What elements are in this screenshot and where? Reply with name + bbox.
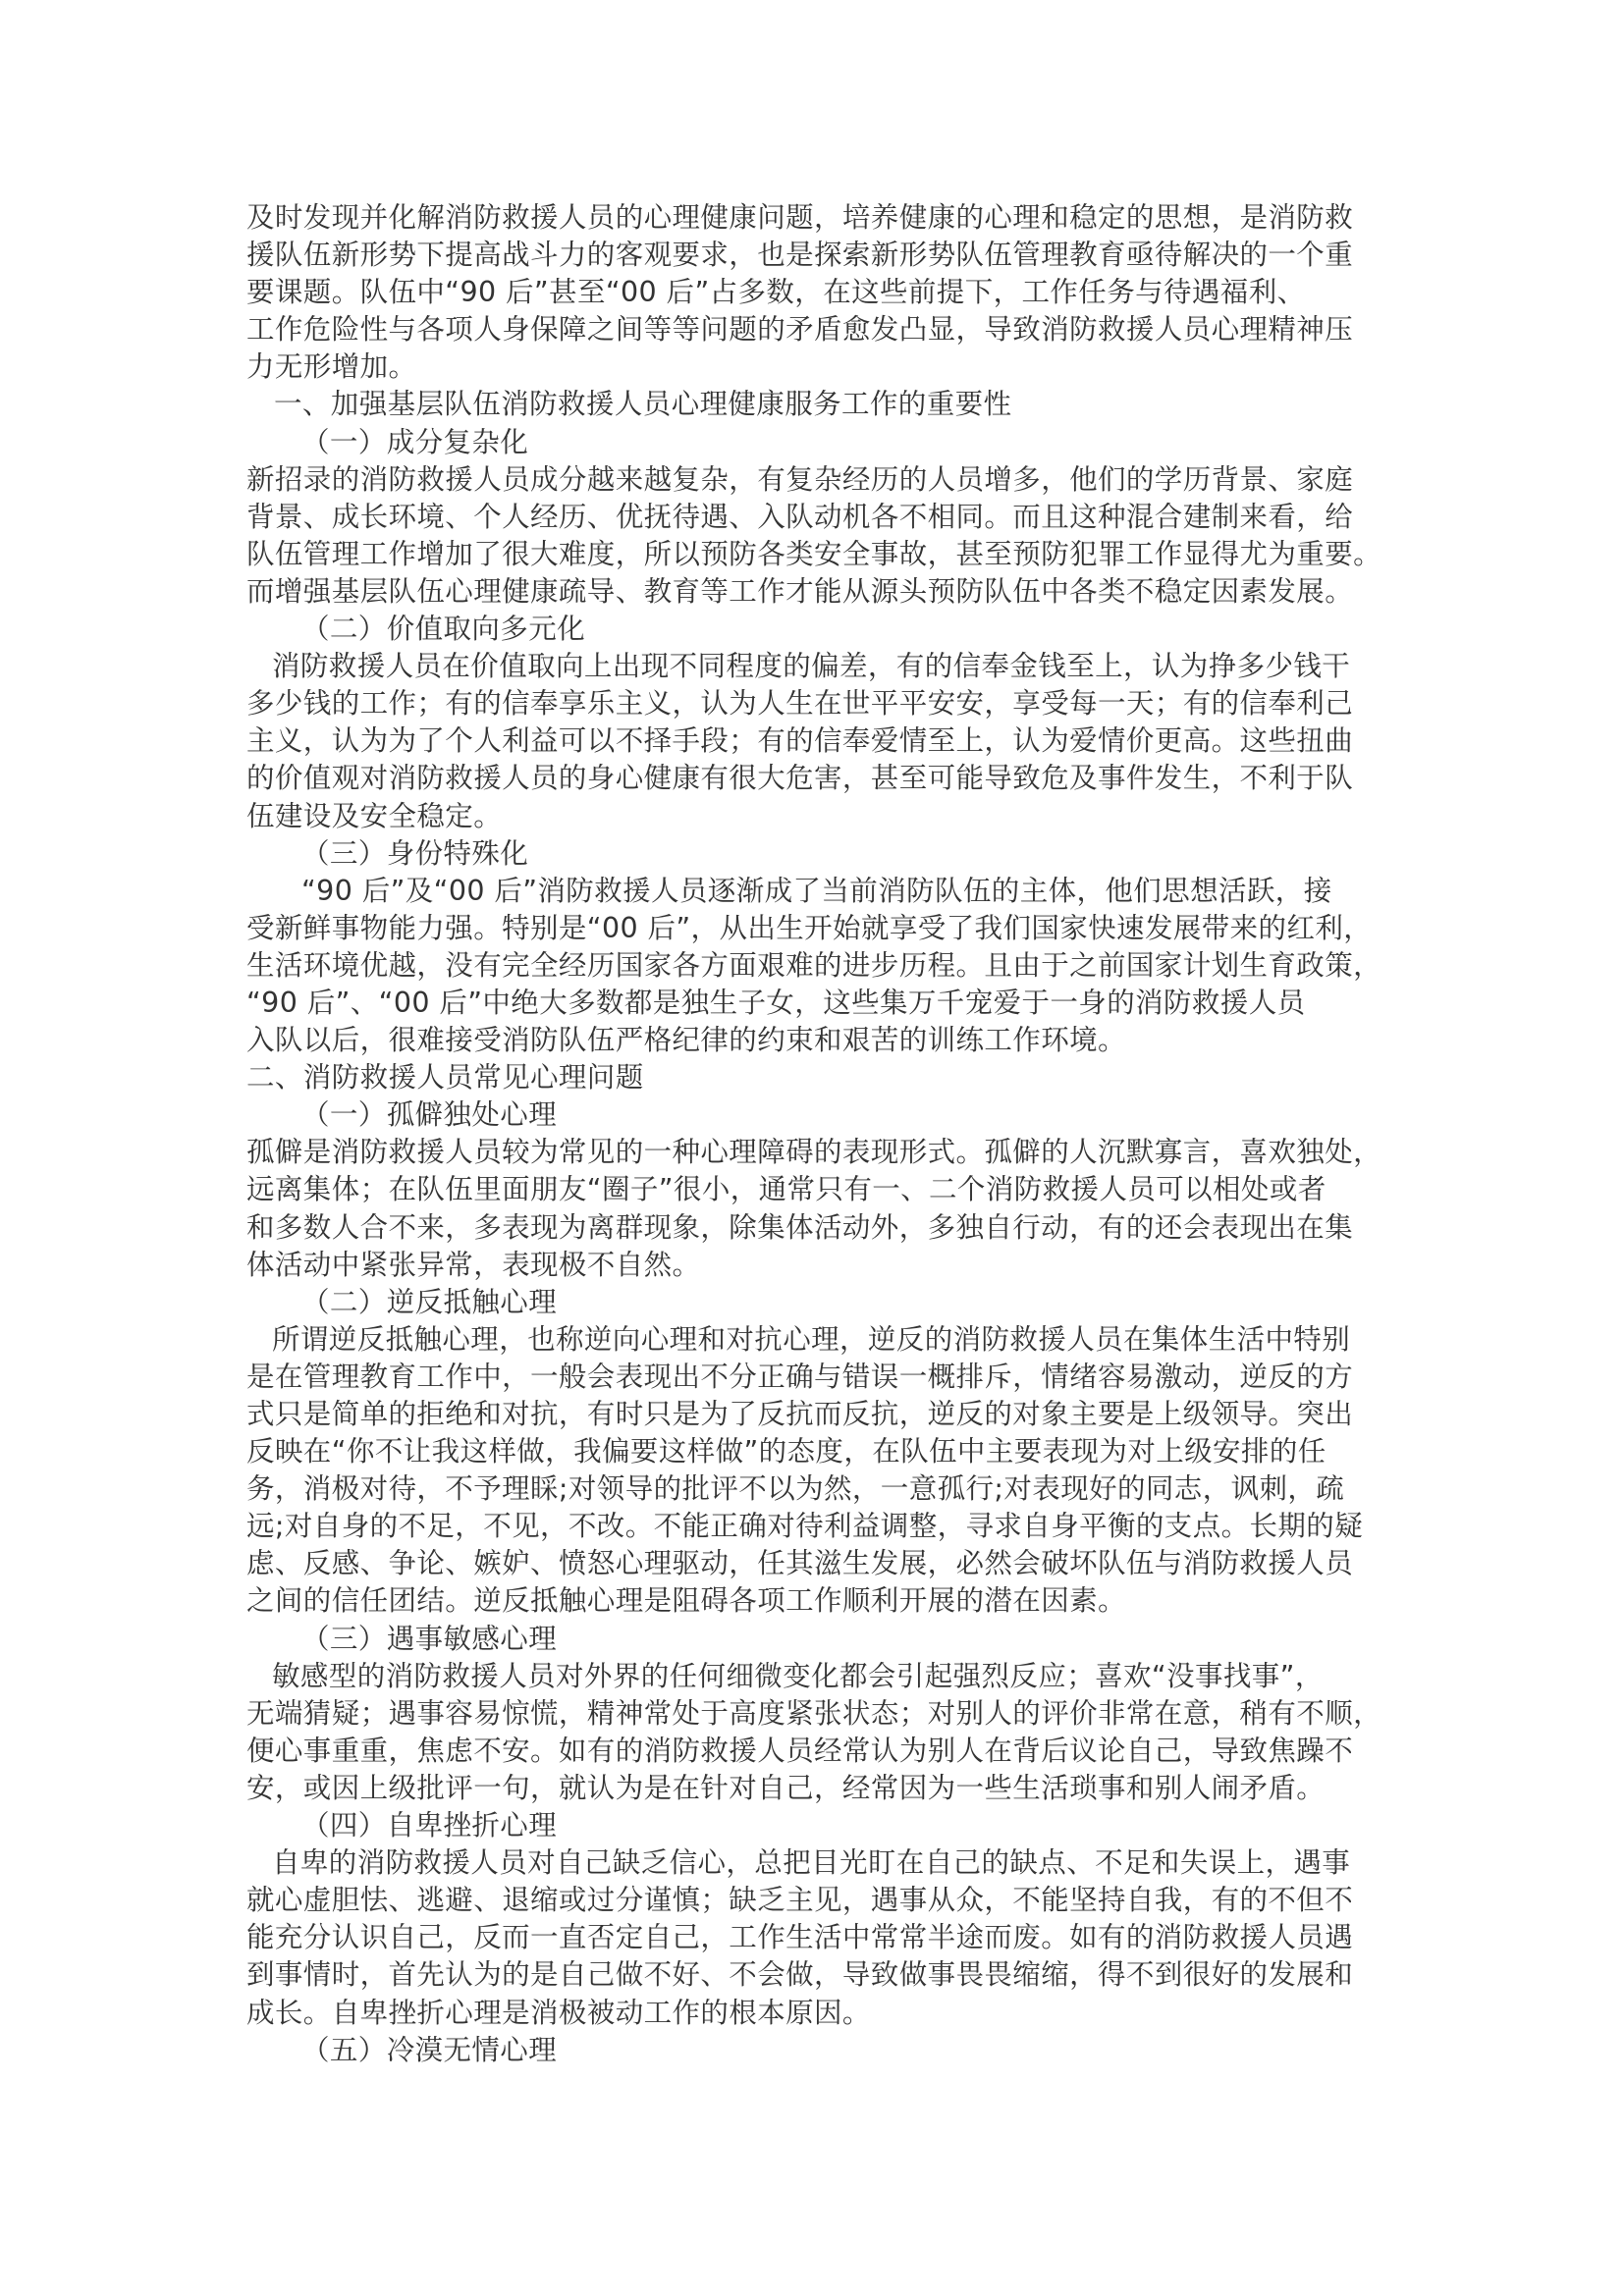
heading-2: （三）身份特殊化	[246, 835, 1376, 873]
text-line: 便心事重重，焦虑不安。如有的消防救援人员经常认为别人在背后议论自己，导致焦躁不	[246, 1733, 1376, 1770]
heading-1: 二、消防救援人员常见心理问题	[246, 1059, 1376, 1096]
text-line: 生活环境优越，没有完全经历国家各方面艰难的进步历程。且由于之前国家计划生育政策，	[246, 947, 1376, 985]
text-line: 所谓逆反抵触心理，也称逆向心理和对抗心理，逆反的消防救援人员在集体生活中特别	[246, 1321, 1376, 1359]
text-line: 多少钱的工作；有的信奉享乐主义，认为人生在世平平安安，享受每一天；有的信奉利己	[246, 685, 1376, 722]
text-line: “90 后”及“00 后”消防救援人员逐渐成了当前消防队伍的主体，他们思想活跃，…	[246, 873, 1376, 910]
text-line: 及时发现并化解消防救援人员的心理健康问题，培养健康的心理和稳定的思想，是消防救	[246, 199, 1376, 237]
text-line: 安，或因上级批评一句，就认为是在针对自己，经常因为一些生活琐事和别人闹矛盾。	[246, 1770, 1376, 1807]
text-line: 消防救援人员在价值取向上出现不同程度的偏差，有的信奉金钱至上，认为挣多少钱干	[246, 648, 1376, 685]
heading-2: （一）成分复杂化	[246, 424, 1376, 461]
text-line: 工作危险性与各项人身保障之间等等问题的矛盾愈发凸显，导致消防救援人员心理精神压	[246, 311, 1376, 348]
text-line: 成长。自卑挫折心理是消极被动工作的根本原因。	[246, 1995, 1376, 2032]
text-line: 受新鲜事物能力强。特别是“00 后”，从出生开始就享受了我们国家快速发展带来的红…	[246, 910, 1376, 947]
text-line: 到事情时，首先认为的是自己做不好、不会做，导致做事畏畏缩缩，得不到很好的发展和	[246, 1956, 1376, 1994]
text-line: 就心虚胆怯、逃避、退缩或过分谨慎；缺乏主见，遇事从众，不能坚持自我，有的不但不	[246, 1882, 1376, 1919]
text-line: 体活动中紧张异常，表现极不自然。	[246, 1247, 1376, 1284]
heading-2: （一）孤僻独处心理	[246, 1096, 1376, 1134]
text-line: 是在管理教育工作中，一般会表现出不分正确与错误一概排斥，情绪容易激动，逆反的方	[246, 1359, 1376, 1396]
text-line: 援队伍新形势下提高战斗力的客观要求，也是探索新形势队伍管理教育亟待解决的一个重	[246, 237, 1376, 274]
text-line: 而增强基层队伍心理健康疏导、教育等工作才能从源头预防队伍中各类不稳定因素发展。	[246, 573, 1376, 611]
text-line: 和多数人合不来，多表现为离群现象，除集体活动外，多独自行动，有的还会表现出在集	[246, 1209, 1376, 1247]
text-line: 的价值观对消防救援人员的身心健康有很大危害，甚至可能导致危及事件发生，不利于队	[246, 760, 1376, 797]
text-line: 远离集体；在队伍里面朋友“圈子”很小，通常只有一、二个消防救援人员可以相处或者	[246, 1171, 1376, 1208]
heading-2: （四）自卑挫折心理	[246, 1807, 1376, 1844]
text-line: 远;对自身的不足，不见，不改。不能正确对待利益调整，寻求自身平衡的支点。长期的疑	[246, 1508, 1376, 1545]
text-line: 孤僻是消防救援人员较为常见的一种心理障碍的表现形式。孤僻的人沉默寡言，喜欢独处，	[246, 1134, 1376, 1171]
text-line: 敏感型的消防救援人员对外界的任何细微变化都会引起强烈反应；喜欢“没事找事”，	[246, 1658, 1376, 1695]
text-line: 背景、成长环境、个人经历、优抚待遇、入队动机各不相同。而且这种混合建制来看，给	[246, 499, 1376, 536]
text-line: 主义，认为为了个人利益可以不择手段；有的信奉爱情至上，认为爱情价更高。这些扭曲	[246, 722, 1376, 760]
text-line: 能充分认识自己，反而一直否定自己，工作生活中常常半途而废。如有的消防救援人员遇	[246, 1919, 1376, 1956]
heading-2: （三）遇事敏感心理	[246, 1621, 1376, 1658]
text-line: 反映在“你不让我这样做，我偏要这样做”的态度，在队伍中主要表现为对上级安排的任	[246, 1433, 1376, 1470]
text-line: 力无形增加。	[246, 348, 1376, 386]
text-line: 入队以后，很难接受消防队伍严格纪律的约束和艰苦的训练工作环境。	[246, 1022, 1376, 1059]
text-line: 式只是简单的拒绝和对抗，有时只是为了反抗而反抗，逆反的对象主要是上级领导。突出	[246, 1396, 1376, 1433]
text-line: 无端猜疑；遇事容易惊慌，精神常处于高度紧张状态；对别人的评价非常在意，稍有不顺，	[246, 1695, 1376, 1733]
heading-1: 一、加强基层队伍消防救援人员心理健康服务工作的重要性	[246, 386, 1376, 423]
text-line: “90 后”、“00 后”中绝大多数都是独生子女，这些集万千宠爱于一身的消防救援…	[246, 985, 1376, 1022]
heading-2: （二）逆反抵触心理	[246, 1284, 1376, 1321]
heading-2: （五）冷漠无情心理	[246, 2032, 1376, 2069]
heading-2: （二）价值取向多元化	[246, 611, 1376, 648]
text-line: 要课题。队伍中“90 后”甚至“00 后”占多数，在这些前提下，工作任务与待遇福…	[246, 274, 1376, 311]
text-line: 队伍管理工作增加了很大难度，所以预防各类安全事故，甚至预防犯罪工作显得尤为重要。	[246, 536, 1376, 573]
text-line: 虑、反感、争论、嫉妒、愤怒心理驱动，任其滋生发展，必然会破坏队伍与消防救援人员	[246, 1545, 1376, 1582]
text-line: 务，消极对待，不予理睬;对领导的批评不以为然，一意孤行;对表现好的同志，讽刺，疏	[246, 1470, 1376, 1508]
text-line: 之间的信任团结。逆反抵触心理是阻碍各项工作顺利开展的潜在因素。	[246, 1582, 1376, 1620]
document-page: 及时发现并化解消防救援人员的心理健康问题，培养健康的心理和稳定的思想，是消防救援…	[246, 199, 1376, 2069]
text-line: 自卑的消防救援人员对自己缺乏信心，总把目光盯在自己的缺点、不足和失误上，遇事	[246, 1844, 1376, 1882]
text-line: 新招录的消防救援人员成分越来越复杂，有复杂经历的人员增多，他们的学历背景、家庭	[246, 461, 1376, 499]
text-line: 伍建设及安全稳定。	[246, 798, 1376, 835]
